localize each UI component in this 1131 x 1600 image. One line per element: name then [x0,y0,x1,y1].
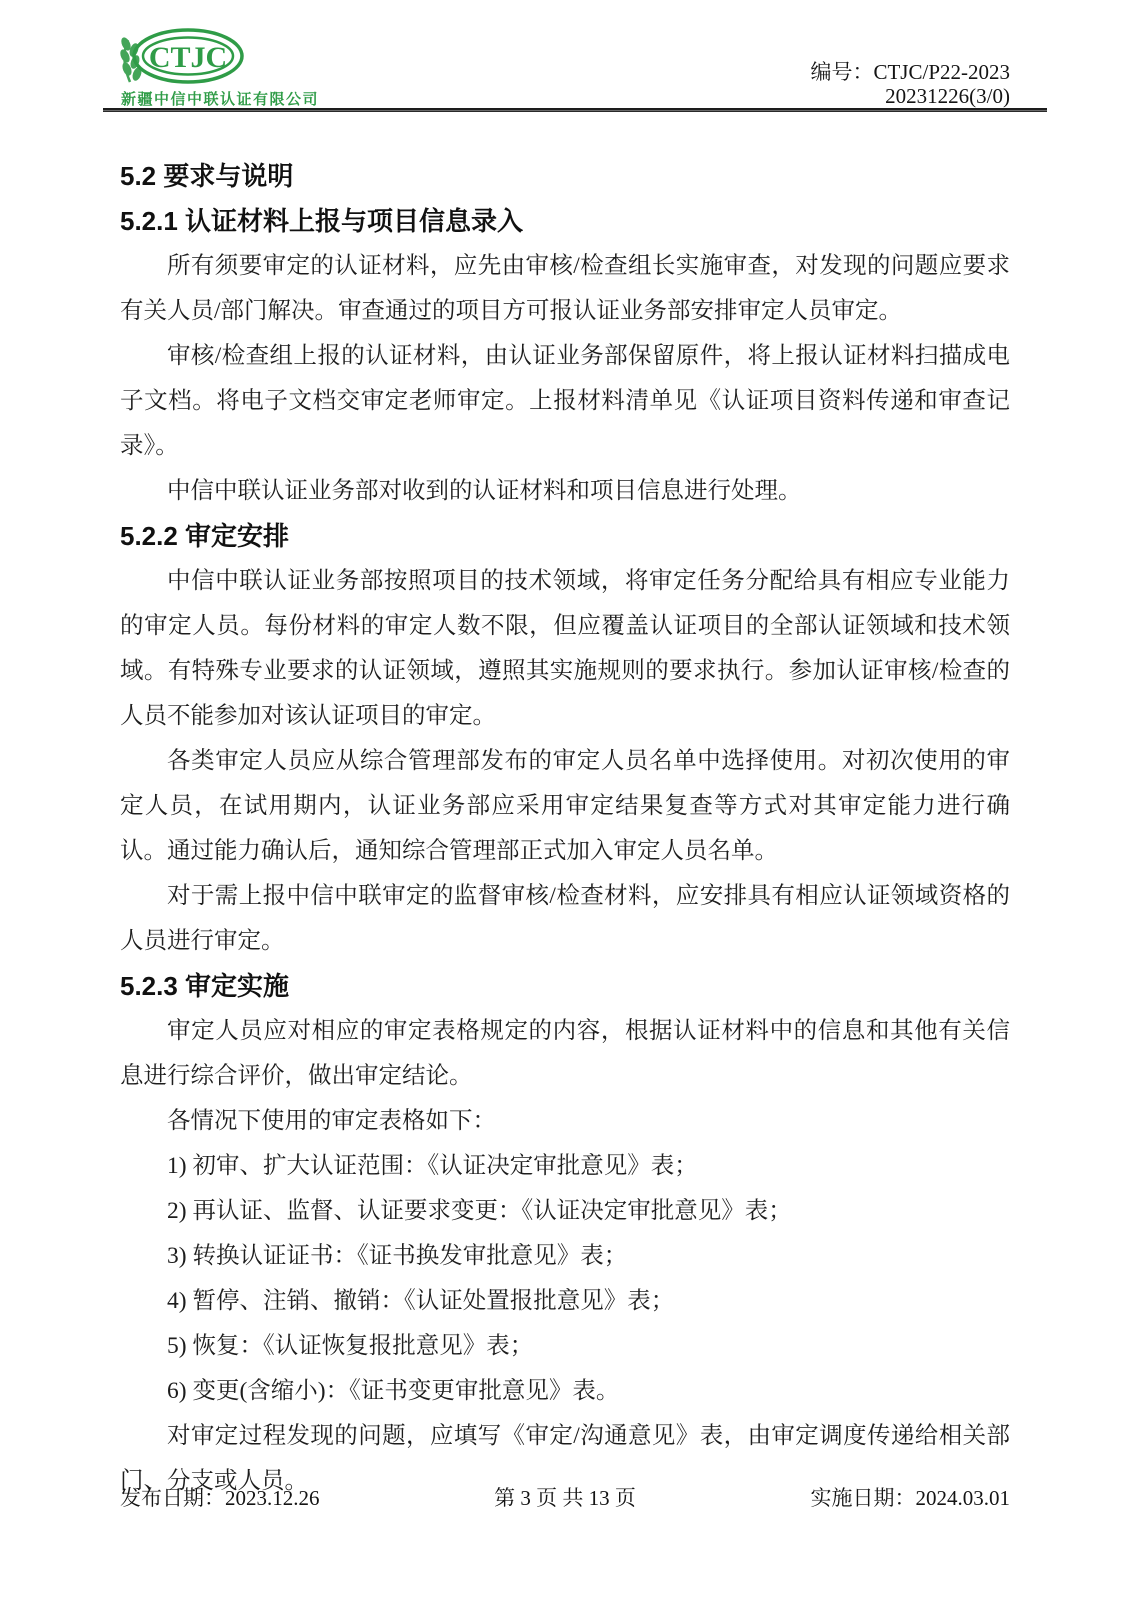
heading-5-2-1: 5.2.1 认证材料上报与项目信息录入 [120,199,1010,244]
list-item-5: 5) 恢复：《认证恢复报批意见》表； [167,1324,1010,1369]
implementation-date: 实施日期：2024.03.01 [811,1484,1011,1512]
list-item-2: 2) 再认证、监督、认证要求变更：《认证决定审批意见》表； [167,1189,1010,1234]
document-number-block: 编号：CTJC/P22-2023 20231226(3/0) [810,60,1010,108]
document-revision: 20231226(3/0) [810,84,1010,108]
paragraph-5-2-3-2: 各情况下使用的审定表格如下： [120,1099,1010,1144]
paragraph-5-2-1-2: 审核/检查组上报的认证材料，由认证业务部保留原件，将上报认证材料扫描成电子文档。… [120,334,1010,469]
company-name: 新疆中信中联认证有限公司 [121,88,319,109]
logo-graphic: CTJC [116,24,326,88]
list-item-6: 6) 变更(含缩小)：《证书变更审批意见》表。 [167,1369,1010,1414]
page-footer: 发布日期：2023.12.26 第 3 页 共 13 页 实施日期：2024.0… [120,1484,1010,1512]
paragraph-5-2-3-1: 审定人员应对相应的审定表格规定的内容，根据认证材料中的信息和其他有关信息进行综合… [120,1009,1010,1099]
document-page: CTJC 新疆中信中联认证有限公司 编号：CTJC/P22-2023 20231… [0,0,1131,1600]
list-item-4: 4) 暂停、注销、撤销：《认证处置报批意见》表； [167,1279,1010,1324]
heading-5-2-2: 5.2.2 审定安排 [120,514,1010,559]
heading-5-2: 5.2 要求与说明 [120,154,1010,199]
header-divider [103,108,1047,112]
document-body: 5.2 要求与说明 5.2.1 认证材料上报与项目信息录入 所有须要审定的认证材… [120,154,1010,1504]
paragraph-5-2-2-3: 对于需上报中信中联审定的监督审核/检查材料，应安排具有相应认证领域资格的人员进行… [120,874,1010,964]
heading-5-2-3: 5.2.3 审定实施 [120,964,1010,1009]
list-item-3: 3) 转换认证证书：《证书换发审批意见》表； [167,1234,1010,1279]
logo-letters: CTJC [149,41,227,74]
paragraph-5-2-2-1: 中信中联认证业务部按照项目的技术领域，将审定任务分配给具有相应专业能力的审定人员… [120,559,1010,739]
document-number: 编号：CTJC/P22-2023 [810,60,1010,84]
paragraph-5-2-2-2: 各类审定人员应从综合管理部发布的审定人员名单中选择使用。对初次使用的审定人员，在… [120,739,1010,874]
company-logo: CTJC [116,24,326,88]
paragraph-5-2-1-1: 所有须要审定的认证材料，应先由审核/检查组长实施审查，对发现的问题应要求有关人员… [120,244,1010,334]
paragraph-5-2-1-3: 中信中联认证业务部对收到的认证材料和项目信息进行处理。 [120,469,1010,514]
list-item-1: 1) 初审、扩大认证范围：《认证决定审批意见》表； [167,1144,1010,1189]
